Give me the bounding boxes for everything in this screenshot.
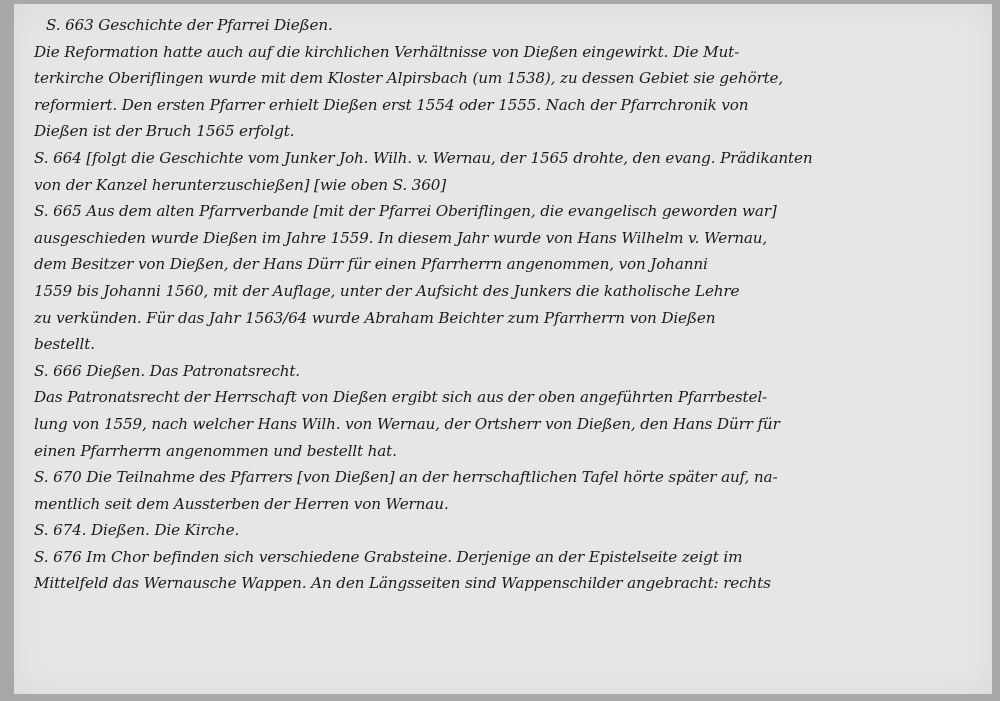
text-line: reformiert. Den ersten Pfarrer erhielt D…	[34, 92, 1000, 119]
text-line: mentlich seit dem Aussterben der Herren …	[34, 491, 1000, 518]
heading-s674: S. 674. Dießen. Die Kirche.	[34, 517, 1000, 544]
entry-s670: S. 670 Die Teilnahme des Pfarrers [von D…	[34, 464, 1000, 491]
text-line: ausgeschieden wurde Dießen im Jahre 1559…	[34, 225, 1000, 252]
text-line: lung von 1559, nach welcher Hans Wilh. v…	[34, 411, 1000, 438]
text-line: Die Reformation hatte auch auf die kirch…	[34, 39, 1000, 66]
text-line: terkirche Oberiflingen wurde mit dem Klo…	[34, 65, 1000, 92]
heading-s663: S. 663 Geschichte der Pfarrei Dießen.	[34, 12, 1000, 39]
handwritten-page: S. 663 Geschichte der Pfarrei Dießen. Di…	[14, 4, 992, 694]
text-line: Mittelfeld das Wernausche Wappen. An den…	[34, 570, 1000, 597]
heading-s666: S. 666 Dießen. Das Patronatsrecht.	[34, 358, 1000, 385]
text-line: einen Pfarrherrn angenommen und bestellt…	[34, 438, 1000, 465]
entry-s676: S. 676 Im Chor befinden sich verschieden…	[34, 544, 1000, 571]
text-line: 1559 bis Johanni 1560, mit der Auflage, …	[34, 278, 1000, 305]
entry-s665: S. 665 Aus dem alten Pfarrverbande [mit …	[34, 198, 1000, 225]
text-line: Das Patronatsrecht der Herrschaft von Di…	[34, 384, 1000, 411]
handwritten-text-block: S. 663 Geschichte der Pfarrei Dießen. Di…	[34, 12, 1000, 597]
text-line: bestellt.	[34, 331, 1000, 358]
text-line: dem Besitzer von Dießen, der Hans Dürr f…	[34, 251, 1000, 278]
text-line: Dießen ist der Bruch 1565 erfolgt.	[34, 118, 1000, 145]
text-line: zu verkünden. Für das Jahr 1563/64 wurde…	[34, 305, 1000, 332]
entry-s664: S. 664 [folgt die Geschichte vom Junker …	[34, 145, 1000, 172]
text-line: von der Kanzel herunterzuschießen] [wie …	[34, 172, 1000, 199]
